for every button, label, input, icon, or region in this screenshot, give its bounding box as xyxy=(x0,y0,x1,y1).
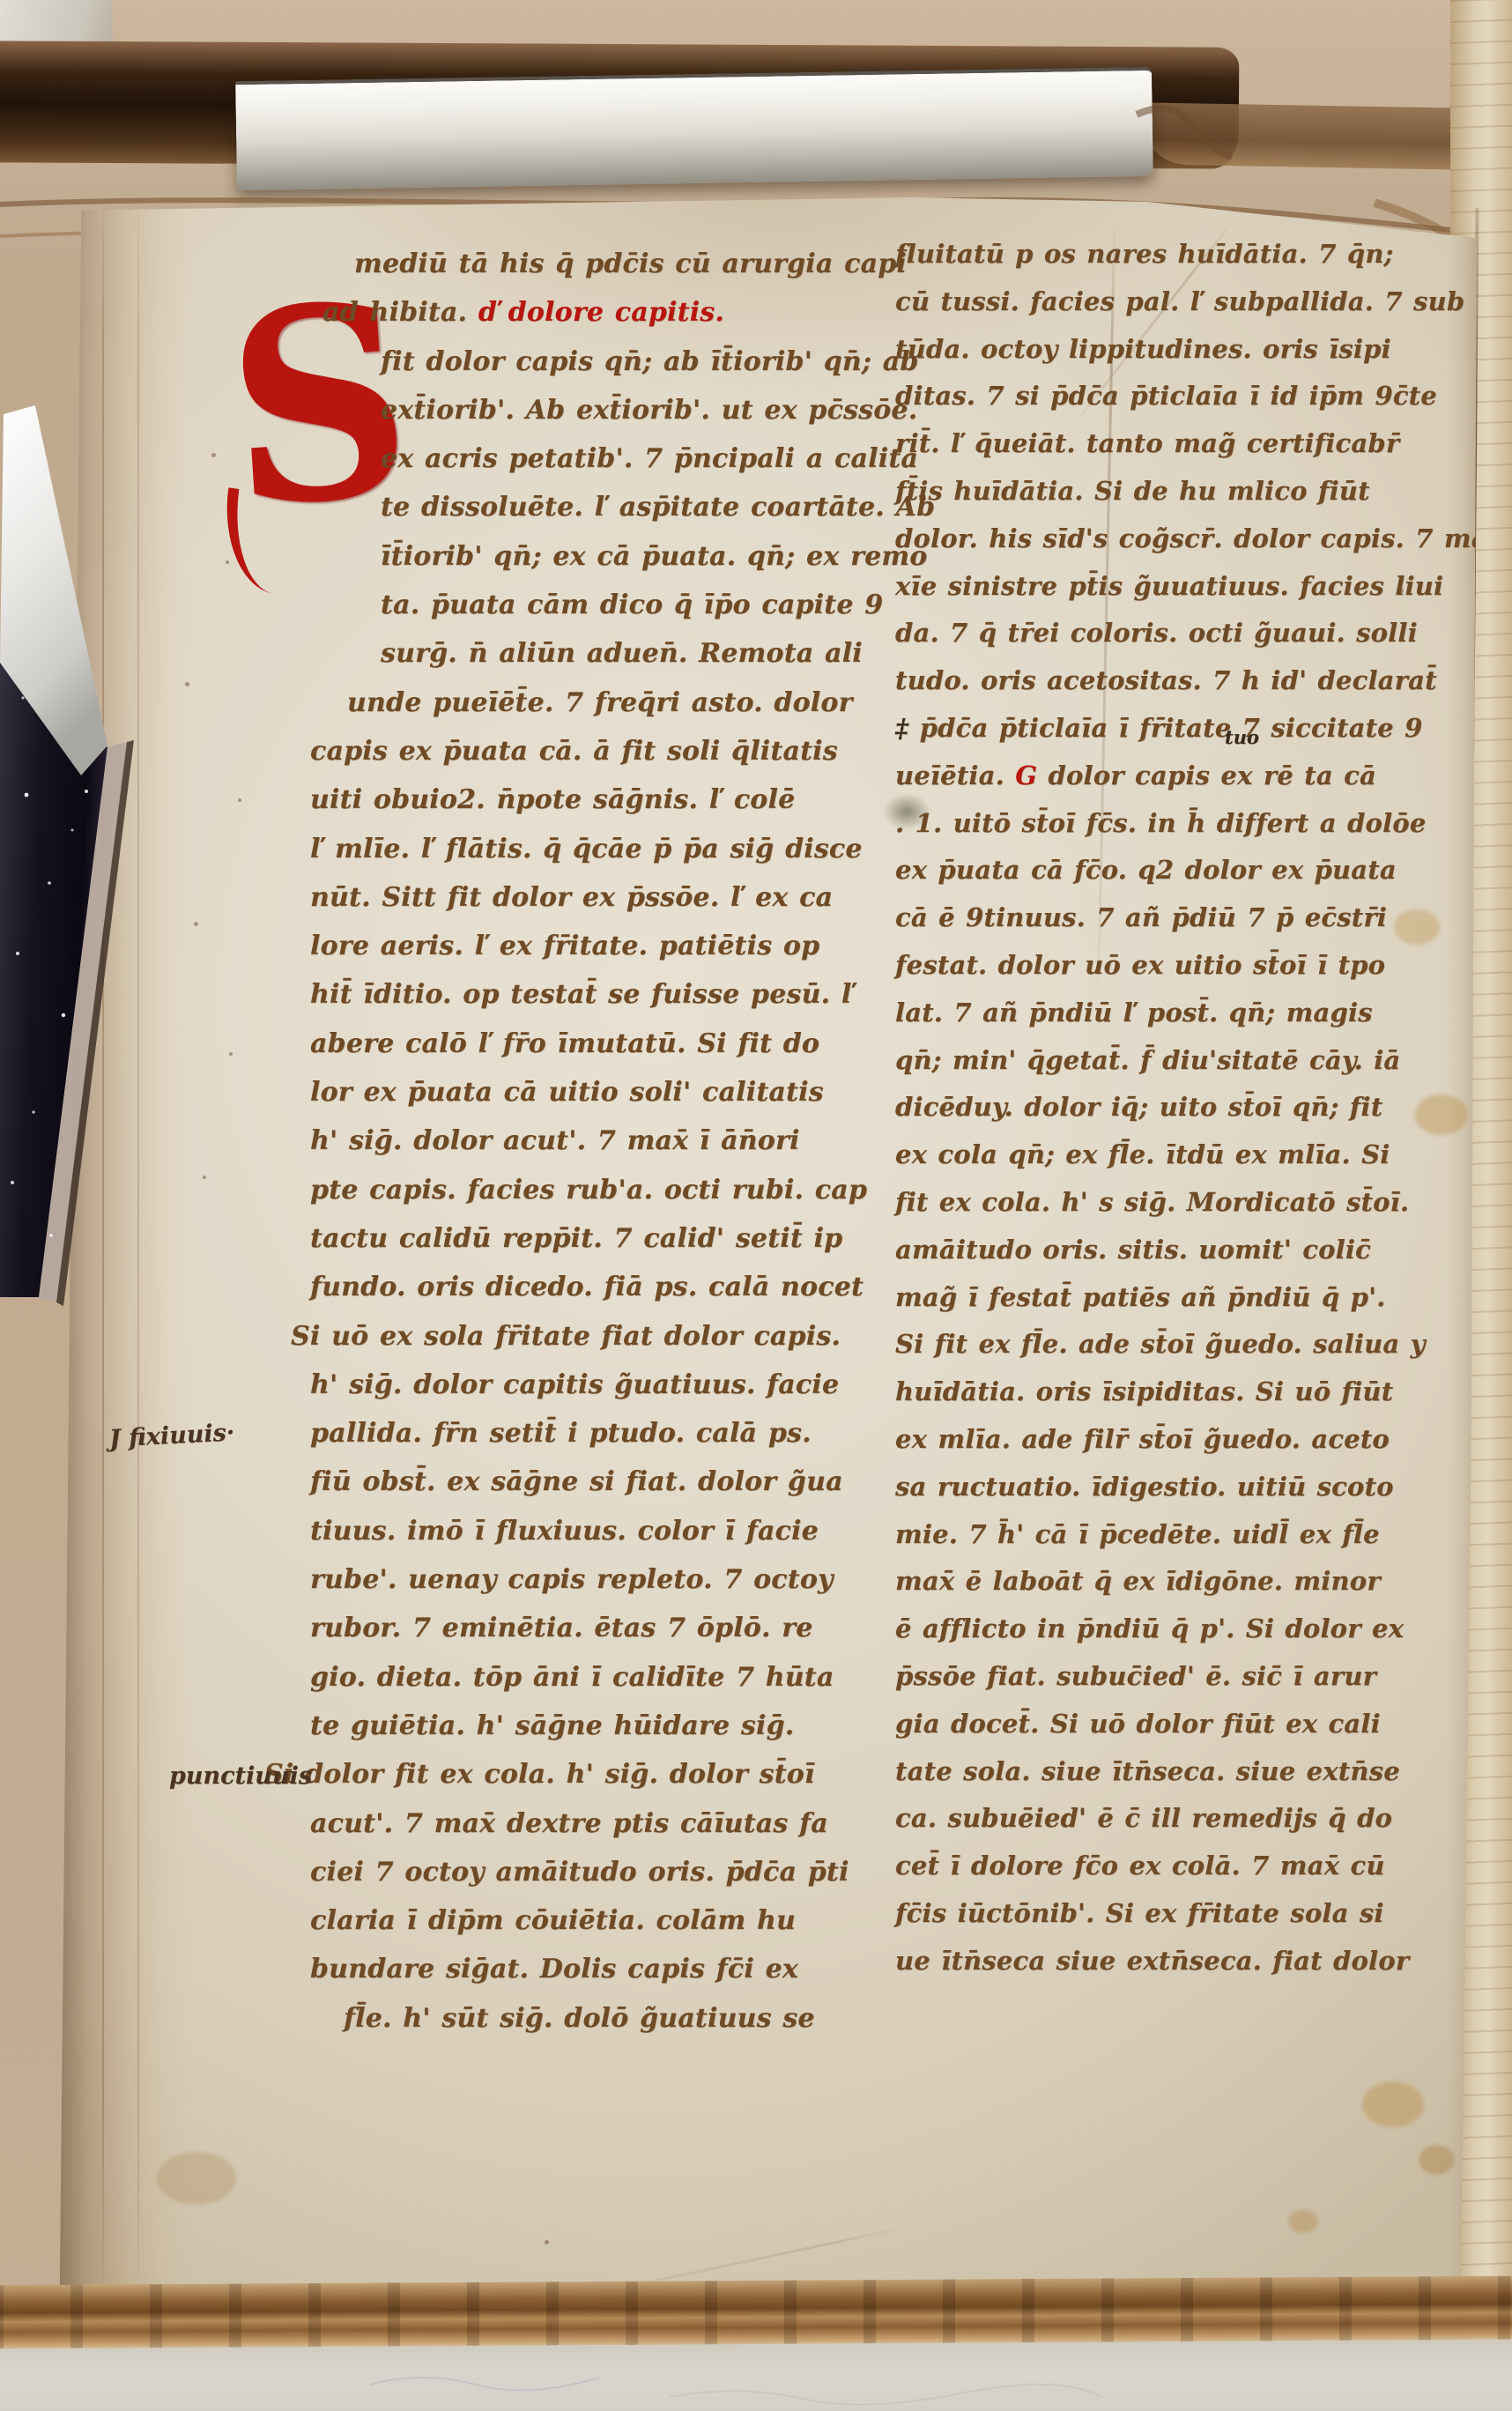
margin-note-left-upper: J fixiuuis· xyxy=(108,1419,235,1452)
body-text: ft̄is huīdātia. Si de hu mlico fiūt xyxy=(895,476,1370,506)
body-text: nūt. Sitt fit dolor ex p̄ssōe. ľ ex ca xyxy=(310,882,833,913)
text-line: fit ex cola. h' s siḡ. Mordicatō st̄oī. xyxy=(895,1179,1488,1227)
text-column-left: mediū tā his q̄ pdc̄is cū arurgia capiad… xyxy=(310,240,935,2043)
body-text: dicēduy. dolor iq̄; uito st̄oī qn̄; fit xyxy=(895,1092,1382,1122)
text-line: tiuus. imō ī fluxiuus. color ī facie xyxy=(310,1507,935,1555)
body-text: rubor. 7 eminētia. ētas 7 ōplō. re xyxy=(310,1613,813,1643)
foxing-spot xyxy=(157,2152,236,2205)
text-line: fl̄e. h' sūt siḡ. dolō g̃uatiuus se xyxy=(344,1994,935,2043)
body-text: unde pueīēt̄e. 7 freq̄ri asto. dolor xyxy=(347,687,853,718)
text-line: tate sola. siue ītn̄seca. siue extn̄se xyxy=(895,1748,1488,1796)
bottom-edge-flecks xyxy=(0,2276,1512,2349)
manuscript-page: S mediū tā his q̄ pdc̄is cū arurgia capi… xyxy=(51,187,1484,2323)
worm-dot xyxy=(203,1176,206,1179)
text-line: rubor. 7 eminētia. ētas 7 ōplō. re xyxy=(310,1604,935,1652)
body-text: ex cola qn̄; ex fl̄e. ītdū ex mlīa. Si xyxy=(895,1139,1390,1169)
text-line: ue ītn̄seca siue extn̄seca. fiat dolor xyxy=(895,1938,1488,1985)
body-text: p̄dc̄a p̄ticlaīa ī fr̄itate 7 siccitate … xyxy=(920,713,1423,743)
body-text: tiuus. imō ī fluxiuus. color ī facie xyxy=(310,1516,819,1547)
text-line: lore aeris. ľ ex fr̄itate. patiētis op xyxy=(310,922,935,970)
body-text: sa ructuatio. īdigestio. uitiū scoto xyxy=(895,1472,1394,1502)
body-text: te guiētia. h' sāḡne hūidare siḡ. xyxy=(310,1710,794,1741)
text-line: ex mlīa. ade filr̄ st̄oī g̃uedo. aceto xyxy=(895,1416,1488,1464)
text-line: huīdātia. oris īsipiditas. Si uō fiūt xyxy=(895,1369,1488,1416)
worm-dot xyxy=(238,798,241,802)
body-text: pte capis. facies rub'a. octi rubi. cap xyxy=(310,1175,867,1205)
body-text: fl̄e. h' sūt siḡ. dolō g̃uatiuus se xyxy=(344,2003,815,2034)
text-line: ditas. 7 si p̄dc̄a p̄ticlaīa ī id ip̄m 9… xyxy=(895,373,1488,420)
text-line: claria ī dip̄m cōuiētia. colām hu xyxy=(310,1896,935,1945)
body-text: ē afflicto in p̄ndiū q̄ p'. Si dolor ex xyxy=(895,1614,1404,1643)
body-text: cā ē 9tinuus. 7 añ p̄diū 7 p̄ ec̄str̄i xyxy=(895,902,1387,932)
text-line: dolor. his sīd's cog̃scr̄. dolor capis. … xyxy=(895,516,1488,563)
body-text: dolor capis ex rē ta cā xyxy=(1037,760,1376,790)
body-text: ext̄iorib'. Ab ext̄iorib'. ut ex pc̄ssōe… xyxy=(381,395,917,426)
text-line: ľ mlīe. ľ flātis. q̄ q̄cāe p̄ p̄a siḡ di… xyxy=(310,825,935,873)
body-text: cet̄ ī dolore fc̄o ex colā. 7 max̄ cū xyxy=(895,1851,1385,1881)
body-text: mie. 7 h̄' cā ī p̄cedēte. uidl̄ ex fl̄e xyxy=(895,1519,1380,1549)
text-line: ext̄iorib'. Ab ext̄iorib'. ut ex pc̄ssōe… xyxy=(381,386,935,434)
text-line: surḡ. n̄ aliūn aduen̄. Remota ali xyxy=(381,629,935,678)
worm-dot xyxy=(545,2240,549,2244)
text-line: cū tussi. facies pal. ľ subpallida. 7 su… xyxy=(895,278,1488,326)
text-line: Si uō ex sola fr̄itate fiat dolor capis. xyxy=(291,1312,935,1361)
body-text: gia docet̄. Si uō dolor fiūt ex cali xyxy=(895,1709,1381,1739)
text-line: tūda. octoy lippitudines. oris īsipi xyxy=(895,326,1488,374)
text-line: ca. subuēied' ē c̄ ill remedijs q̄ do xyxy=(895,1795,1488,1843)
body-text: ue ītn̄seca siue extn̄seca. fiat dolor xyxy=(895,1946,1409,1976)
bottom-page-edge xyxy=(0,2276,1512,2349)
text-line: pallida. fr̄n setit̄ i ptudo. calā ps. xyxy=(310,1409,935,1458)
text-line: . 1. uitō st̄oī fc̄s. in h̄ differt a do… xyxy=(895,800,1488,848)
text-line: ciei 7 octoy amāitudo oris. p̄dc̄a p̄ti xyxy=(310,1848,935,1896)
text-line: xīe sinistre pt̄is g̃uuatiuus. facies li… xyxy=(895,563,1488,611)
text-line: Si dolor fit ex cola. h' siḡ. dolor st̄o… xyxy=(264,1750,935,1799)
text-line: fiū obst̄. ex sāḡne si fiat. dolor g̃ua xyxy=(310,1458,935,1506)
text-line: cet̄ ī dolore fc̄o ex colā. 7 max̄ cū xyxy=(895,1843,1488,1890)
text-line: ex acris petatib'. 7 p̄ncipali a calita xyxy=(381,434,935,483)
body-text: tūda. octoy lippitudines. oris īsipi xyxy=(895,334,1391,364)
text-line: te dissoluēte. ľ asp̄itate coartāte. Ab xyxy=(381,483,935,531)
body-text: acut'. 7 max̄ dextre ptis cāīutas fa xyxy=(310,1808,828,1839)
body-text: ad hibita. xyxy=(322,297,478,328)
body-text: qn̄; min' q̄getat̄. f̄ diu'sitatē cāy. i… xyxy=(895,1045,1400,1075)
text-line: sa ructuatio. īdigestio. uitiū scoto xyxy=(895,1464,1488,1511)
body-text: lor ex p̄uata cā uitio soli' calitatis xyxy=(310,1077,824,1108)
text-line: uiti obuio2. n̄pote sāḡnis. ľ colē xyxy=(310,775,935,824)
worm-dot xyxy=(226,560,229,564)
body-text: bundare siḡat. Dolis capis fc̄i ex xyxy=(310,1954,798,1984)
text-line: lat. 7 añ p̄ndiū ľ post̄. qn̄; magis xyxy=(895,990,1488,1037)
text-line: ta. p̄uata cām dico q̄ īp̄o capite 9 xyxy=(381,581,935,629)
body-text: hit̄ īditio. op testat̄ se fuisse pesū. … xyxy=(310,979,855,1010)
gutter-shading xyxy=(51,187,192,2323)
text-line: ad hibita. ď dolore capitis. xyxy=(322,288,935,337)
body-text: gio. dieta. tōp āni ī calidīte 7 hūta xyxy=(310,1662,834,1693)
rubric-text: G xyxy=(1015,760,1037,790)
body-text: ciei 7 octoy amāitudo oris. p̄dc̄a p̄ti xyxy=(310,1857,849,1888)
text-line: tudo. oris acetositas. 7 h id' declarat̄ xyxy=(895,657,1488,705)
body-text: rube'. uenay capis repleto. 7 octoy xyxy=(310,1564,834,1595)
body-text: rit̄. ľ q̄ueiāt. tanto mag̃ certificabr̄ xyxy=(895,428,1399,458)
body-text: h' siḡ. dolor capitis g̃uatiuus. facie xyxy=(310,1369,839,1400)
text-line: qn̄; min' q̄getat̄. f̄ diu'sitatē cāy. i… xyxy=(895,1037,1488,1085)
body-text: ‡ xyxy=(895,713,920,743)
body-text: te dissoluēte. ľ asp̄itate coartāte. Ab xyxy=(381,492,935,523)
text-line: tactu calidū repp̄it. 7 calid' setit̄ ip xyxy=(310,1214,935,1263)
body-text: amāitudo oris. sitis. uomit' colic̄ xyxy=(895,1235,1371,1265)
text-line: h' siḡ. dolor capitis g̃uatiuus. facie xyxy=(310,1361,935,1409)
body-text: huīdātia. oris īsipiditas. Si uō fiūt xyxy=(895,1376,1393,1406)
body-text: lat. 7 añ p̄ndiū ľ post̄. qn̄; magis xyxy=(895,998,1373,1027)
text-line: ex p̄uata cā fc̄o. q2 dolor ex p̄uata xyxy=(895,847,1488,894)
body-text: ex p̄uata cā fc̄o. q2 dolor ex p̄uata xyxy=(895,855,1397,885)
text-column-right: fluitatū p os nares huīdātia. 7 q̄n;cū t… xyxy=(895,231,1488,1984)
body-text: cū tussi. facies pal. ľ subpallida. 7 su… xyxy=(895,286,1464,316)
body-text: max̄ ē laboāt q̄ ex īdigōne. minor xyxy=(895,1566,1381,1596)
text-line: abere calō ľ fr̄o īmutatū. Si fit do xyxy=(310,1020,935,1068)
text-line: p̄ssōe fiat. subuc̄ied' ē. sic̄ ī arur xyxy=(895,1653,1488,1701)
text-line: īt̄iorib' qn̄; ex cā p̄uata. qn̄; ex rem… xyxy=(381,532,935,581)
text-line: te guiētia. h' sāḡne hūidare siḡ. xyxy=(310,1702,935,1750)
body-text: fc̄is iūctōnib'. Si ex fr̄itate sola si xyxy=(895,1898,1384,1928)
text-line: ft̄is huīdātia. Si de hu mlico fiūt xyxy=(895,468,1488,516)
body-text: fluitatū p os nares huīdātia. 7 q̄n; xyxy=(895,239,1394,269)
body-text: ueīētia. xyxy=(895,760,1015,790)
body-text: tudo. oris acetositas. 7 h id' declarat̄ xyxy=(895,665,1437,695)
body-text: pallida. fr̄n setit̄ i ptudo. calā ps. xyxy=(310,1418,812,1449)
body-text: mag̃ ī festat̄ patiēs añ p̄ndiū q̄ p'. xyxy=(895,1282,1385,1312)
body-text: ta. p̄uata cām dico q̄ īp̄o capite 9 xyxy=(381,590,883,620)
text-line: capis ex p̄uata cā. ā fit soli q̄litatis xyxy=(310,727,935,775)
worm-dot xyxy=(194,922,198,926)
text-line: bundare siḡat. Dolis capis fc̄i ex xyxy=(310,1945,935,1993)
body-text: ca. subuēied' ē c̄ ill remedijs q̄ do xyxy=(895,1803,1392,1833)
text-line: pte capis. facies rub'a. octi rubi. cap xyxy=(310,1166,935,1214)
fold-line xyxy=(102,187,104,2323)
body-text: tate sola. siue ītn̄seca. siue extn̄se xyxy=(895,1756,1400,1786)
worm-dot xyxy=(229,1052,233,1056)
text-line: dicēduy. dolor iq̄; uito st̄oī qn̄; fit xyxy=(895,1084,1488,1131)
body-text: ľ mlīe. ľ flātis. q̄ q̄cāe p̄ p̄a siḡ di… xyxy=(310,834,863,864)
text-line: nūt. Sitt fit dolor ex p̄ssōe. ľ ex ca xyxy=(310,873,935,922)
fold-line xyxy=(137,187,139,2323)
body-text: capis ex p̄uata cā. ā fit soli q̄litatis xyxy=(310,736,838,767)
text-line: h' siḡ. dolor acut'. 7 max̄ ī ān̄ori xyxy=(310,1116,935,1165)
text-line: ex cola qn̄; ex fl̄e. ītdū ex mlīa. Si xyxy=(895,1131,1488,1179)
text-line: mie. 7 h̄' cā ī p̄cedēte. uidl̄ ex fl̄e xyxy=(895,1511,1488,1559)
text-line: mediū tā his q̄ pdc̄is cū arurgia capi xyxy=(354,240,935,288)
text-line: lor ex p̄uata cā uitio soli' calitatis xyxy=(310,1068,935,1116)
body-text: h' siḡ. dolor acut'. 7 max̄ ī ān̄ori xyxy=(310,1125,800,1156)
body-text: tactu calidū repp̄it. 7 calid' setit̄ ip xyxy=(310,1223,842,1254)
text-line: da. 7 q̄ tr̄ei coloris. octi g̃uaui. sol… xyxy=(895,610,1488,657)
text-line: cā ē 9tinuus. 7 añ p̄diū 7 p̄ ec̄str̄i xyxy=(895,894,1488,942)
body-text: ditas. 7 si p̄dc̄a p̄ticlaīa ī id ip̄m 9… xyxy=(895,381,1437,411)
foxing-spot xyxy=(1419,2145,1454,2175)
text-line: fluitatū p os nares huīdātia. 7 q̄n; xyxy=(895,231,1488,278)
worm-dot xyxy=(185,682,189,686)
body-text: fiū obst̄. ex sāḡne si fiat. dolor g̃ua xyxy=(310,1466,843,1497)
text-line: unde pueīēt̄e. 7 freq̄ri asto. dolor xyxy=(347,679,935,727)
text-line: hit̄ īditio. op testat̄ se fuisse pesū. … xyxy=(310,970,935,1019)
text-line: fc̄is iūctōnib'. Si ex fr̄itate sola si xyxy=(895,1890,1488,1938)
text-line: ē afflicto in p̄ndiū q̄ p'. Si dolor ex xyxy=(895,1606,1488,1653)
text-line: max̄ ē laboāt q̄ ex īdigōne. minor xyxy=(895,1558,1488,1606)
body-text: uiti obuio2. n̄pote sāḡnis. ľ colē xyxy=(310,784,795,815)
body-text: lore aeris. ľ ex fr̄itate. patiētis op xyxy=(310,931,819,961)
text-line: gio. dieta. tōp āni ī calidīte 7 hūta xyxy=(310,1653,935,1702)
body-text: xīe sinistre pt̄is g̃uuatiuus. facies li… xyxy=(895,571,1443,601)
body-text: surḡ. n̄ aliūn aduen̄. Remota ali xyxy=(381,638,863,669)
manuscript-photo: S mediū tā his q̄ pdc̄is cū arurgia capi… xyxy=(0,0,1512,2411)
body-text: fundo. oris dicedo. fiā ps. calā nocet xyxy=(310,1272,863,1302)
body-text: fit ex cola. h' s siḡ. Mordicatō st̄oī. xyxy=(895,1187,1409,1217)
margin-note-left-lower: punctiuuis xyxy=(169,1762,312,1790)
body-text: festat. dolor uō ex uitio st̄oī ī tpo xyxy=(895,950,1385,980)
foxing-spot xyxy=(1288,2210,1318,2233)
body-text: dolor. his sīd's cog̃scr̄. dolor capis. … xyxy=(895,523,1488,553)
interlinear-gloss: tuo xyxy=(1225,726,1259,748)
body-text: p̄ssōe fiat. subuc̄ied' ē. sic̄ ī arur xyxy=(895,1661,1376,1691)
body-text: . 1. uitō st̄oī fc̄s. in h̄ differt a do… xyxy=(895,808,1427,838)
text-line: fit dolor capis qn̄; ab īt̄iorib' qn̄; a… xyxy=(381,338,935,386)
body-text: ex acris petatib'. 7 p̄ncipali a calita xyxy=(381,443,918,474)
text-line: acut'. 7 max̄ dextre ptis cāīutas fa xyxy=(310,1799,935,1848)
text-line: Si fit ex fl̄e. ade st̄oī g̃uedo. saliua… xyxy=(895,1321,1488,1369)
body-text: Si fit ex fl̄e. ade st̄oī g̃uedo. saliua… xyxy=(895,1329,1426,1359)
text-line: ueīētia. G dolor capis ex rē ta cā xyxy=(895,753,1488,800)
body-text: Si dolor fit ex cola. h' siḡ. dolor st̄o… xyxy=(264,1759,815,1790)
text-line: ‡ p̄dc̄a p̄ticlaīa ī fr̄itate 7 siccitat… xyxy=(895,705,1488,753)
body-text: da. 7 q̄ tr̄ei coloris. octi g̃uaui. sol… xyxy=(895,618,1418,648)
body-text: claria ī dip̄m cōuiētia. colām hu xyxy=(310,1905,796,1936)
text-line: rit̄. ľ q̄ueiāt. tanto mag̃ certificabr̄ xyxy=(895,420,1488,468)
body-text: abere calō ľ fr̄o īmutatū. Si fit do xyxy=(310,1028,819,1059)
body-text: mediū tā his q̄ pdc̄is cū arurgia capi xyxy=(354,249,907,279)
text-line: gia docet̄. Si uō dolor fiūt ex cali xyxy=(895,1701,1488,1748)
foxing-spot xyxy=(1362,2081,1424,2127)
text-line: rube'. uenay capis repleto. 7 octoy xyxy=(310,1555,935,1604)
body-text: ex mlīa. ade filr̄ st̄oī g̃uedo. aceto xyxy=(895,1424,1390,1454)
body-text: Si uō ex sola fr̄itate fiat dolor capis. xyxy=(291,1321,841,1352)
rubric-text: ď dolore capitis. xyxy=(478,297,724,328)
text-line: mag̃ ī festat̄ patiēs añ p̄ndiū q̄ p'. xyxy=(895,1274,1488,1322)
text-line: festat. dolor uō ex uitio st̄oī ī tpo xyxy=(895,942,1488,990)
text-line: fundo. oris dicedo. fiā ps. calā nocet xyxy=(310,1263,935,1311)
body-text: fit dolor capis qn̄; ab īt̄iorib' qn̄; a… xyxy=(381,346,919,377)
text-line: amāitudo oris. sitis. uomit' colic̄ xyxy=(895,1227,1488,1274)
body-text: īt̄iorib' qn̄; ex cā p̄uata. qn̄; ex rem… xyxy=(381,541,928,572)
worm-dot xyxy=(211,453,216,457)
